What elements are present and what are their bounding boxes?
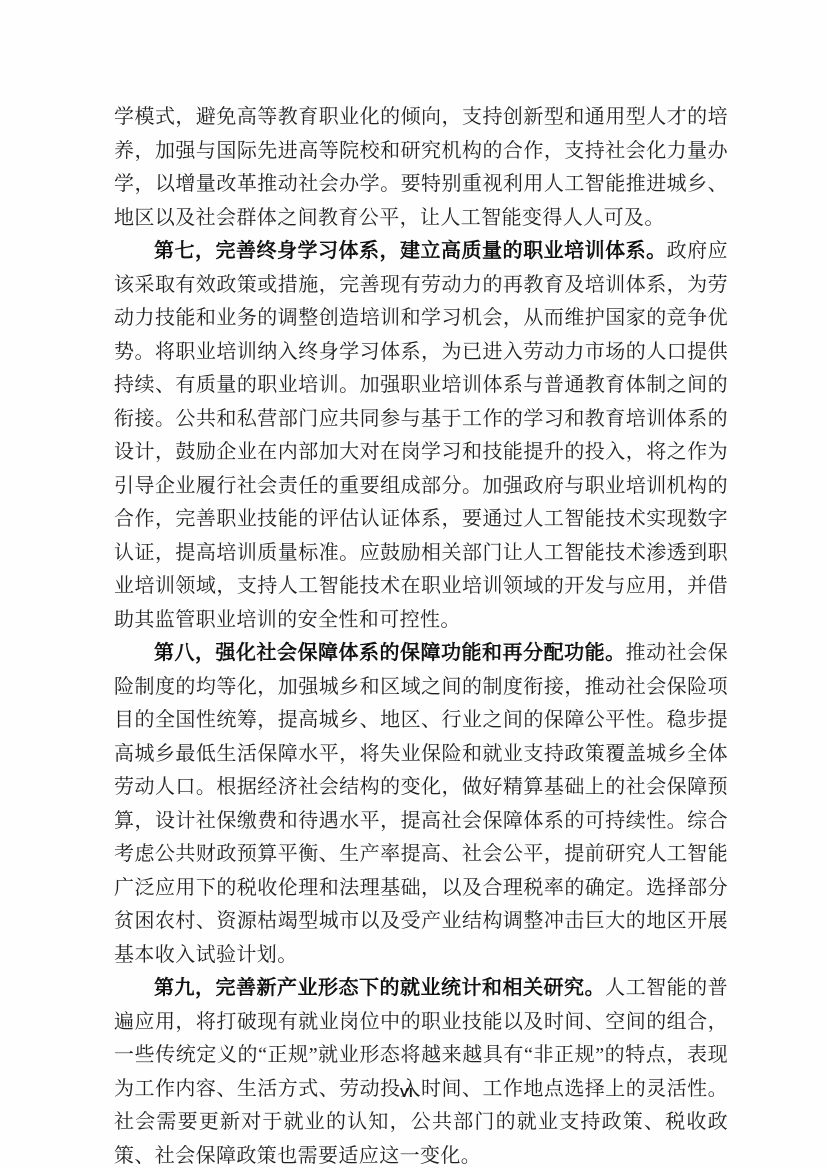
page-number: VI bbox=[0, 1085, 813, 1100]
paragraph-lead: 第七，完善终身学习体系，建立高质量的职业培训体系。 bbox=[154, 240, 667, 262]
paragraph-continuation: 学模式，避免高等教育职业化的倾向，支持创新型和通用型人才的培养，加强与国际先进高… bbox=[114, 101, 728, 235]
paragraph-text: 学模式，避免高等教育职业化的倾向，支持创新型和通用型人才的培养，加强与国际先进高… bbox=[114, 106, 728, 229]
paragraph-point-seven: 第七，完善终身学习体系，建立高质量的职业培训体系。政府应该采取有效政策或措施，完… bbox=[114, 235, 728, 637]
paragraph-point-eight: 第八，强化社会保障体系的保障功能和再分配功能。推动社会保险制度的均等化，加强城乡… bbox=[114, 637, 728, 972]
paragraph-text: 推动社会保险制度的均等化，加强城乡和区域之间的制度衔接，推动社会保险项目的全国性… bbox=[114, 642, 728, 966]
page-body-text: 学模式，避免高等教育职业化的倾向，支持创新型和通用型人才的培养，加强与国际先进高… bbox=[114, 101, 728, 1169]
paragraph-lead: 第八，强化社会保障体系的保障功能和再分配功能。 bbox=[154, 642, 626, 664]
paragraph-lead: 第九，完善新产业形态下的就业统计和相关研究。 bbox=[154, 977, 605, 999]
document-page: 学模式，避免高等教育职业化的倾向，支持创新型和通用型人才的培养，加强与国际先进高… bbox=[0, 0, 827, 1169]
paragraph-point-nine: 第九，完善新产业形态下的就业统计和相关研究。人工智能的普遍应用，将打破现有就业岗… bbox=[114, 972, 728, 1169]
paragraph-text: 政府应该采取有效政策或措施，完善现有劳动力的再教育及培训体系，为劳动力技能和业务… bbox=[114, 240, 728, 631]
paragraph-text: 人工智能的普遍应用，将打破现有就业岗位中的职业技能以及时间、空间的组合，一些传统… bbox=[114, 977, 728, 1167]
